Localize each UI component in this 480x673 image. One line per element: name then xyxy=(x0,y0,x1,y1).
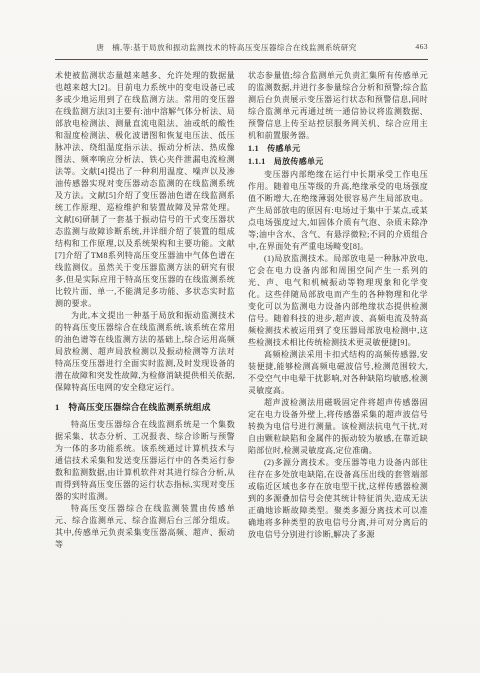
paragraph-hf-detection: 高频检测法采用卡扣式结构的高频传感器,安装便捷,能够检测高频电磁波信号,检测范围… xyxy=(248,349,428,397)
text-columns: 术使被监测状态量越来越多、允许处理的数据量也越来越大[2]。目前电力系统中的变电… xyxy=(55,70,428,551)
paragraph-pd-monitoring-tech: (1)局放监测技术。局部放电是一种脉冲放电,它会在电力设备内部和周围空间产生一系… xyxy=(248,253,428,349)
paragraph-multisource-separation: (2)多源分离技术。变压器等电力设备内部往往存在多处放电缺陷,在设备高压出线的套… xyxy=(248,457,428,541)
left-column: 术使被监测状态量越来越多、允许处理的数据量也越来越大[2]。目前电力系统中的变电… xyxy=(55,70,235,551)
right-column: 状态参量值;综合监测单元负责汇集所有传感单元的监测数据,并进行多参量综合分析和预… xyxy=(248,70,428,551)
paper-page: 唐 楠,等:基于局放和振动监测技术的特高压变压器综合在线监测系统研究 463 术… xyxy=(0,0,480,673)
paragraph-pd-causes: 变压器内部绝缘在运行中长期承受工作电压作用。随着电压等级的升高,绝缘承受的电场强… xyxy=(248,169,428,253)
paragraph-system-parts: 特高压变压器综合在线监测装置由传感单元、综合监测单元、综合监测后台三部分组成。其… xyxy=(55,503,235,551)
paragraph-intro-continuation: 术使被监测状态量越来越多、允许处理的数据量也越来越大[2]。目前电力系统中的变电… xyxy=(55,70,235,310)
subsection-heading-1-1-1: 1.1.1 局放传感单元 xyxy=(248,156,428,168)
section-heading-1: 1 特高压变压器综合在线监测系统组成 xyxy=(55,401,235,413)
paragraph-system-overview: 特高压变压器综合在线监测系统是一个集数据采集、状态分析、工况报表、综合诊断与预警… xyxy=(55,419,235,503)
running-title: 唐 楠,等:基于局放和振动监测技术的特高压变压器综合在线监测系统研究 xyxy=(55,42,398,53)
paragraph-proposal: 为此,本文提出一种基于局放和振动监测技术的特高压变压器综合在线监测系统,该系统在… xyxy=(55,310,235,394)
subsection-heading-1-1: 1.1 传感单元 xyxy=(248,143,428,155)
header-rule xyxy=(55,59,428,60)
paragraph-system-parts-continuation: 状态参量值;综合监测单元负责汇集所有传感单元的监测数据,并进行多参量综合分析和预… xyxy=(248,70,428,142)
page-number: 463 xyxy=(415,42,428,51)
paragraph-ultrasonic-detection: 超声波检测法用磁吸固定件将超声传感器固定在电力设备外壁上,将传感器采集的超声波信… xyxy=(248,397,428,457)
page-header: 唐 楠,等:基于局放和振动监测技术的特高压变压器综合在线监测系统研究 463 xyxy=(55,42,428,56)
